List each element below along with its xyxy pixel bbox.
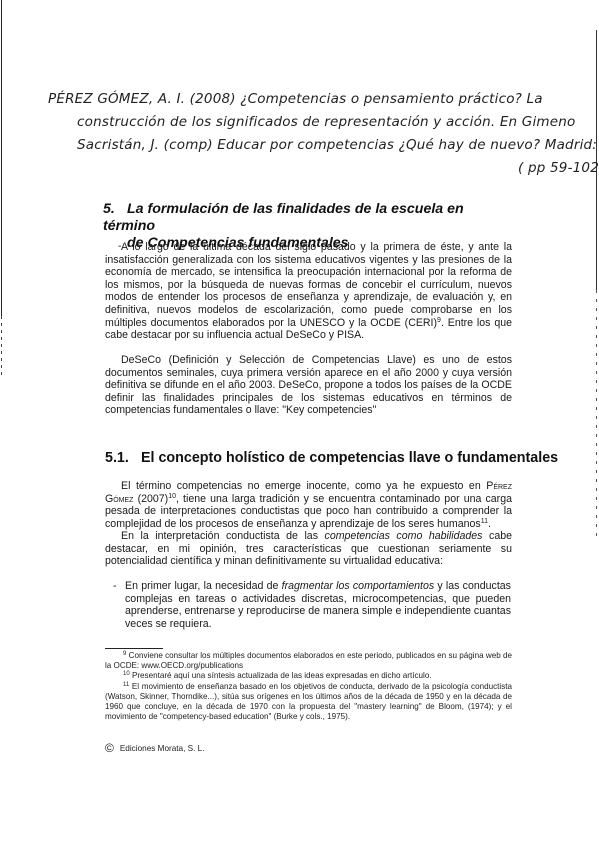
subsection-title: El concepto holístico de competencias ll… xyxy=(141,450,558,466)
footnote: 11 El movimiento de enseñanza basado en … xyxy=(105,682,512,723)
section-title-line1: La formulación de las finalidades de la … xyxy=(103,201,464,234)
paragraph: En la interpretación conductista de las … xyxy=(105,530,512,568)
footnote: 9 Conviene consultar los múltiples docum… xyxy=(105,651,512,671)
footnote-divider xyxy=(105,648,163,649)
paragraph: A lo largo de la última década del siglo… xyxy=(105,241,512,342)
section-number: 5. xyxy=(103,201,127,218)
copyright-notice: ©Ediciones Morata, S. L. xyxy=(105,741,205,755)
emphasis: competencias como habilidades xyxy=(325,530,483,542)
handwritten-line: ( pp 59-102 xyxy=(48,157,593,180)
list-item: - En primer lugar, la necesidad de fragm… xyxy=(125,580,511,630)
publisher-name: Ediciones Morata, S. L. xyxy=(120,744,205,753)
footnote-ref: 10 xyxy=(168,493,176,500)
copyright-icon: © xyxy=(105,741,114,755)
paragraph: El término competencias no emerge inocen… xyxy=(105,480,512,530)
footnote-ref: 11 xyxy=(481,518,488,525)
handwritten-citation-note: PÉREZ GÓMEZ, A. I. (2008) ¿Competencias … xyxy=(48,88,593,180)
footnote: 10 Presentaré aquí una síntesis actualiz… xyxy=(105,671,512,681)
scan-edge-right-dashed xyxy=(596,290,597,540)
subsection-number: 5.1. xyxy=(105,450,141,467)
handwritten-line: construcción de los significados de repr… xyxy=(48,111,593,134)
emphasis: fragmentar los comportamientos xyxy=(282,580,435,592)
subsection-heading: 5.1.El concepto holístico de competencia… xyxy=(105,450,515,467)
handwritten-line: Sacristán, J. (comp) Educar por competen… xyxy=(48,134,593,157)
handwritten-line: PÉREZ GÓMEZ, A. I. (2008) ¿Competencias … xyxy=(48,88,593,111)
scan-edge-left-dashed xyxy=(1,316,2,376)
bullet-marker: - xyxy=(113,580,117,593)
scan-edge-left xyxy=(1,0,2,316)
paragraph: DeSeCo (Definición y Selección de Compet… xyxy=(105,354,512,417)
footnotes: 9 Conviene consultar los múltiples docum… xyxy=(105,651,512,722)
